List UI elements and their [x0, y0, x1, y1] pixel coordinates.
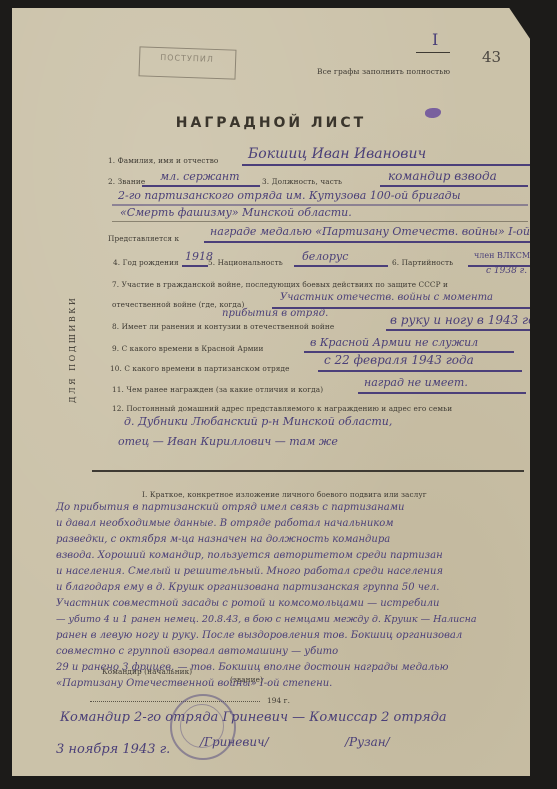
side-label: ДЛЯ ПОДШИВКИ: [68, 296, 77, 403]
field-10-label: 10. С какого времени в партизанском отря…: [110, 364, 290, 373]
field-5-value: белорус: [302, 250, 348, 263]
year-print: 194 г.: [267, 696, 290, 705]
received-stamp: ПОСТУПИЛ: [139, 46, 237, 79]
page-number: 43: [482, 48, 501, 66]
field-1-value: Бокшиц Иван Иванович: [248, 146, 426, 162]
field-2-line: [142, 185, 260, 187]
field-1-line: [242, 164, 530, 166]
field-10-line: [318, 370, 522, 372]
field-11-value: наград не имеет.: [364, 376, 468, 389]
official-seal: [170, 694, 236, 760]
narrative-line: и благодаря ему в д. Крушк организована …: [56, 582, 439, 593]
narrative-line: разведки, с октября м-ца назначен на дол…: [56, 534, 390, 545]
field-10-value: с 22 февраля 1943 года: [324, 353, 474, 367]
narrative-line: До прибытия в партизанский отряд имел св…: [56, 502, 405, 513]
corner-mark: I: [432, 30, 438, 49]
field-12-label: 12. Постоянный домашний адрес представля…: [112, 404, 452, 413]
narrative-line: ранен в левую ногу и руку. После выздоро…: [56, 630, 462, 641]
field-1-label: 1. Фамилия, имя и отчество: [108, 156, 218, 165]
field-12-value: д. Дубники Любанский р-н Минской области…: [124, 415, 392, 428]
rank-label: (звание): [230, 675, 263, 684]
narrative-line: Участник совместной засады с ротой и ком…: [56, 598, 439, 609]
field-8-value: в руку и ногу в 1943 году: [390, 313, 550, 327]
field-3-value: командир взвода: [388, 169, 497, 183]
narrative-line: и населения. Смелый и решительный. Много…: [56, 566, 443, 577]
narrative-line: взвода. Хороший командир, пользуется авт…: [56, 550, 443, 561]
field-7-label: 7. Участие в гражданской войне, последую…: [112, 280, 448, 289]
field-3-line-3: [112, 221, 528, 222]
field-3-line: [380, 185, 528, 187]
narrative-line: и давал необходимые данные. В отряде раб…: [56, 518, 394, 529]
commander-signature: /Гриневич/: [200, 735, 269, 749]
field-2-value: мл. сержант: [160, 170, 240, 183]
field-4-line: [182, 265, 208, 267]
date-dotted-line: [90, 701, 260, 703]
field-12-value-2: отец — Иван Кириллович — там же: [118, 435, 338, 448]
page-title: НАГРАДНОЙ ЛИСТ: [12, 115, 530, 131]
field-11-label: 11. Чем ранее награжден (за какие отличи…: [112, 385, 323, 394]
presented-label: Представляется к: [108, 234, 179, 243]
field-8-label: 8. Имеет ли ранения и контузии в отечест…: [112, 322, 334, 331]
field-4-label: 4. Год рождения: [113, 258, 179, 267]
presented-line: [204, 241, 530, 243]
corner-mark-underline: [416, 52, 450, 53]
signature-line: Командир 2-го отряда Гриневич — Комиссар…: [60, 710, 447, 725]
narrative-heading: I. Краткое, конкретное изложение личного…: [142, 490, 427, 499]
commander-label: Командир (начальник): [102, 667, 192, 676]
narrative-line: — убито 4 и 1 ранен немец. 20.8.43, в бо…: [56, 614, 477, 625]
field-6-label: 6. Партийность: [392, 258, 453, 267]
field-2-label: 2. Звание: [108, 177, 145, 186]
field-5-line: [294, 265, 388, 267]
field-6-value: член ВЛКСМ: [474, 251, 530, 260]
narrative-line: совместно с группой взорвал автомашину —…: [56, 646, 338, 657]
presented-value: награде медалью «Партизану Отечеств. вой…: [210, 225, 557, 238]
field-8-line: [386, 329, 530, 331]
sign-date: 3 ноября 1943 г.: [56, 742, 170, 757]
field-9-value: в Красной Армии не служил: [310, 336, 478, 349]
instruction-text: Все графы заполнить полностью: [317, 67, 450, 76]
field-7-value: Участник отечеств. войны с момента: [280, 292, 493, 303]
field-5-label: 5. Национальность: [208, 258, 283, 267]
field-7-value-2: прибытия в отряд.: [222, 308, 328, 319]
field-6-value-2: с 1938 г.: [486, 266, 527, 276]
field-3-continuation-1: 2-го партизанского отряда им. Кутузова 1…: [118, 189, 461, 202]
field-3-label: 3. Должность, часть: [262, 177, 342, 186]
award-sheet-paper: ПОСТУПИЛ Все графы заполнить полностью I…: [12, 8, 530, 776]
field-11-line: [358, 392, 526, 394]
received-stamp-text: ПОСТУПИЛ: [160, 53, 214, 64]
field-3-continuation-2: «Смерть фашизму» Минской области.: [120, 206, 352, 219]
narrative-line: «Партизану Отечественной войны» I-ой сте…: [56, 678, 332, 689]
section-divider: [92, 470, 524, 472]
field-9-label: 9. С какого времени в Красной Армии: [112, 344, 263, 353]
commissar-signature: /Рузан/: [345, 735, 390, 749]
